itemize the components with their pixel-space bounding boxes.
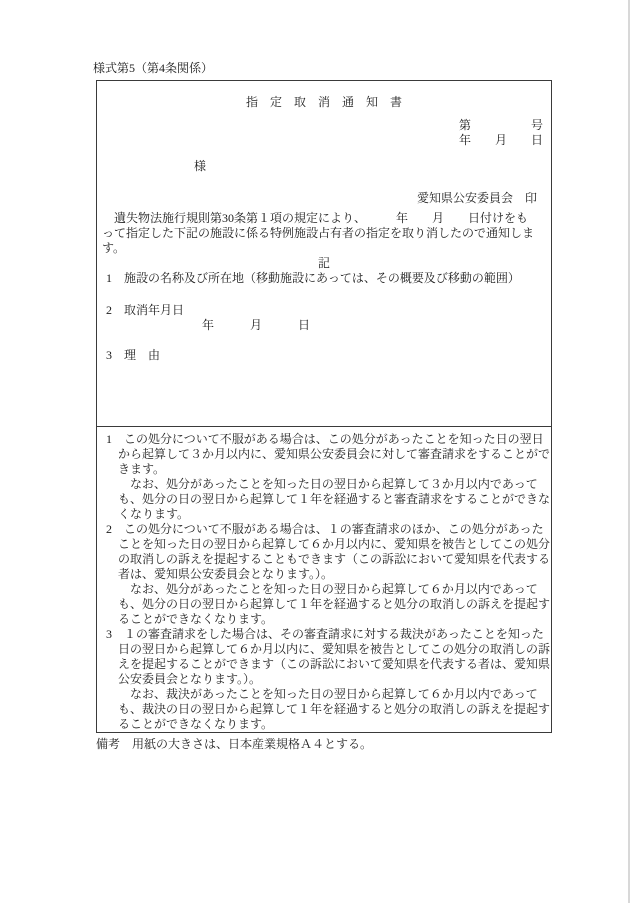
- appeal-notes-section: 1 この処分について不服がある場合は、この処分があったことを知った日の翌日 から…: [97, 426, 551, 732]
- record-item-reason: 3 理 由: [97, 348, 551, 363]
- appeal-note-3: 3 １の審査請求をした場合は、その審査請求に対する裁決があったことを知った 日の…: [106, 627, 551, 732]
- record-marker: 記: [97, 256, 551, 271]
- document-date-field: 年 月 日: [97, 133, 551, 148]
- notice-body-paragraph: 遺失物法施行規則第30条第１項の規定により、 年 月 日付けをもって指定した下記…: [97, 211, 551, 256]
- addressee-field: 様: [97, 159, 551, 174]
- document-page: { "form_label": "様式第5（第4条関係）", "doc": { …: [0, 0, 630, 903]
- paper-size-remark: 備考 用紙の大きさは、日本産業規格Ａ４とする。: [96, 737, 372, 752]
- document-number-field: 第 号: [97, 118, 551, 133]
- issuer-seal-line: 愛知県公安委員会 印: [97, 191, 551, 206]
- record-item-cancellation-date: 2 取消年月日: [97, 303, 551, 318]
- form-style-label: 様式第5（第4条関係）: [93, 61, 213, 76]
- appeal-note-1: 1 この処分について不服がある場合は、この処分があったことを知った日の翌日 から…: [106, 432, 551, 522]
- record-item-facility: 1 施設の名称及び所在地（移動施設にあっては、その概要及び移動の範囲）: [97, 271, 551, 286]
- notice-form-box: 指 定 取 消 通 知 書 第 号 年 月 日 様 愛知県公安委員会 印 遺失物…: [96, 80, 552, 733]
- appeal-note-2: 2 この処分について不服がある場合は、１の審査請求のほか、この処分があった こと…: [106, 522, 551, 627]
- document-title: 指 定 取 消 通 知 書: [97, 95, 551, 110]
- cancellation-date-field: 年 月 日: [97, 318, 551, 333]
